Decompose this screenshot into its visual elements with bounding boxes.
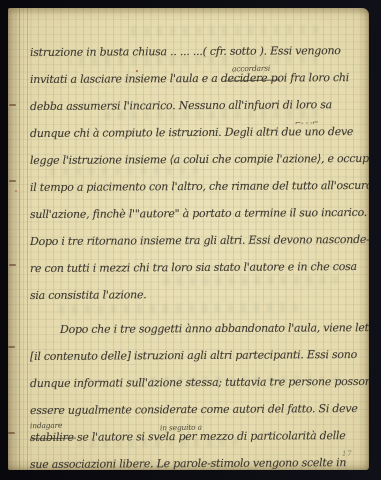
ink-bleed-through: [128, 25, 318, 36]
manuscript-line-14: essere ugualmente considerate come autor…: [30, 402, 358, 417]
manuscript-line-10: sia consistita l'azione.: [30, 288, 147, 302]
gutter-crease: [27, 8, 28, 470]
insertion-marks: ⌐- - -⌐: [295, 118, 319, 127]
manuscript-line-5: legge l'istruzione insieme ⟨a colui che …: [30, 152, 369, 167]
manuscript-line-2: invitati a lasciare insieme l'aula e a d…: [30, 71, 349, 86]
margin-mark: [8, 346, 15, 348]
interlinear-correction: accordarsi: [232, 64, 270, 74]
manuscript-line-3: debba assumersi l'incarico. Nessuno all'…: [30, 98, 332, 113]
ink-bleed-through: [58, 303, 298, 314]
ink-bleed-through: [48, 165, 198, 175]
page-number: 17: [342, 450, 352, 458]
gutter-crease: [19, 8, 20, 470]
manuscript-line-6: il tempo a piacimento con l'altro, che r…: [30, 179, 369, 194]
manuscript-line-8: Dopo i tre ritornano insieme tra gli alt…: [30, 233, 369, 248]
manuscript-line-7: sull'azione, finchè l'"autore" à portato…: [30, 206, 367, 221]
ink-speck: [136, 70, 138, 72]
manuscript-line-13: dunque informati sull'azione stessa; tut…: [30, 375, 369, 390]
manuscript-line-4: dunque chi à compiuto le istruzioni. Deg…: [30, 125, 353, 140]
margin-mark: [9, 104, 16, 106]
manuscript-line-9: re con tutti i mezzi chi tra loro sia st…: [30, 260, 357, 275]
notebook-page: istruzione in busta chiusa .. ... ...( c…: [8, 8, 369, 470]
manuscript-line-16: sue associazioni libere. Le parole-stimo…: [30, 456, 346, 470]
margin-mark: [9, 180, 16, 182]
ink-speck: [15, 190, 17, 192]
manuscript-line-11: Dopo che i tre soggetti ànno abbandonato…: [60, 321, 369, 336]
manuscript-line-12: [il contenuto delle] istruzioni agli alt…: [30, 348, 357, 363]
interlinear-correction: in seguito a: [160, 423, 202, 433]
interlinear-correction: indagare: [30, 421, 62, 431]
manuscript-line-1: istruzione in busta chiusa .. ... ...( c…: [30, 44, 341, 59]
margin-mark: [9, 264, 16, 266]
ink-bleed-through: [158, 275, 338, 286]
margin-mark: [8, 432, 15, 434]
